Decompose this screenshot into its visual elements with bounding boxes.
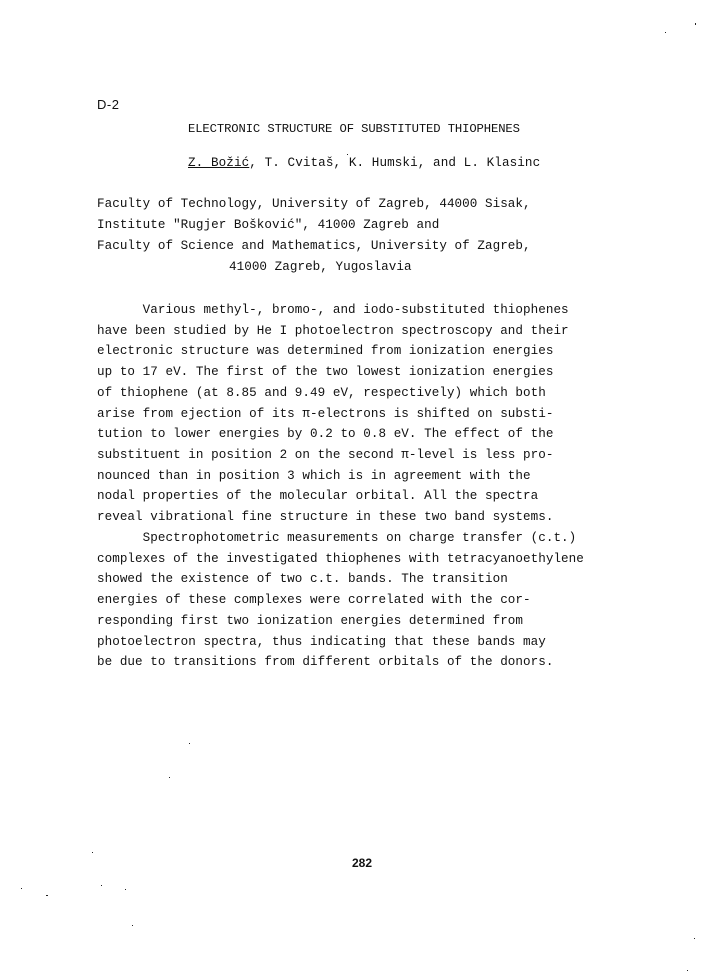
text-line: have been studied by He I photoelectron … xyxy=(97,321,569,342)
scan-speck xyxy=(695,23,696,25)
text-line: arise from ejection of its π-electrons i… xyxy=(97,404,569,425)
abstract-paragraph-2: Spectrophotometric measurements on charg… xyxy=(97,528,584,673)
affiliation-line: 41000 Zagreb, Yugoslavia xyxy=(229,260,412,274)
author-list: Z. Božić, T. Cvitaš, K. Humski, and L. K… xyxy=(188,156,540,170)
text-line: nounced than in position 3 which is in a… xyxy=(97,466,569,487)
page-number: 282 xyxy=(352,856,372,870)
text-line: photoelectron spectra, thus indicating t… xyxy=(97,632,584,653)
text-line: Spectrophotometric measurements on charg… xyxy=(97,528,584,549)
scan-speck xyxy=(92,852,93,853)
affiliation-line: Institute "Rugjer Bošković", 41000 Zagre… xyxy=(97,218,439,232)
text-line: complexes of the investigated thiophenes… xyxy=(97,549,584,570)
scan-speck xyxy=(687,970,688,971)
scan-speck xyxy=(132,925,133,926)
scan-speck xyxy=(665,32,666,33)
scan-speck xyxy=(694,938,695,939)
text-line: Various methyl-, bromo-, and iodo-substi… xyxy=(97,300,569,321)
other-authors: , T. Cvitaš, K. Humski, and L. Klasinc xyxy=(249,156,540,170)
scan-speck xyxy=(101,885,102,886)
scan-speck xyxy=(125,889,126,890)
abstract-paragraph-1: Various methyl-, bromo-, and iodo-substi… xyxy=(97,300,569,528)
scan-speck xyxy=(169,777,170,778)
text-line: energies of these complexes were correla… xyxy=(97,590,584,611)
text-line: electronic structure was determined from… xyxy=(97,341,569,362)
text-line: substituent in position 2 on the second … xyxy=(97,445,569,466)
section-code: D-2 xyxy=(97,97,119,112)
affiliation-line: Faculty of Science and Mathematics, Univ… xyxy=(97,239,531,253)
text-line: showed the existence of two c.t. bands. … xyxy=(97,569,584,590)
text-line: be due to transitions from different orb… xyxy=(97,652,584,673)
text-line: tution to lower energies by 0.2 to 0.8 e… xyxy=(97,424,569,445)
text-line: nodal properties of the molecular orbita… xyxy=(97,486,569,507)
scan-speck xyxy=(46,895,48,896)
text-line: responding first two ionization energies… xyxy=(97,611,584,632)
paper-title: ELECTRONIC STRUCTURE OF SUBSTITUTED THIO… xyxy=(188,122,520,136)
scan-speck xyxy=(21,888,22,889)
affiliation-line: Faculty of Technology, University of Zag… xyxy=(97,197,531,211)
scan-speck xyxy=(347,154,348,155)
first-author: Z. Božić xyxy=(188,156,249,170)
document-page: D-2 ELECTRONIC STRUCTURE OF SUBSTITUTED … xyxy=(0,0,704,972)
scan-speck xyxy=(189,743,190,744)
text-line: reveal vibrational fine structure in the… xyxy=(97,507,569,528)
text-line: up to 17 eV. The first of the two lowest… xyxy=(97,362,569,383)
text-line: of thiophene (at 8.85 and 9.49 eV, respe… xyxy=(97,383,569,404)
